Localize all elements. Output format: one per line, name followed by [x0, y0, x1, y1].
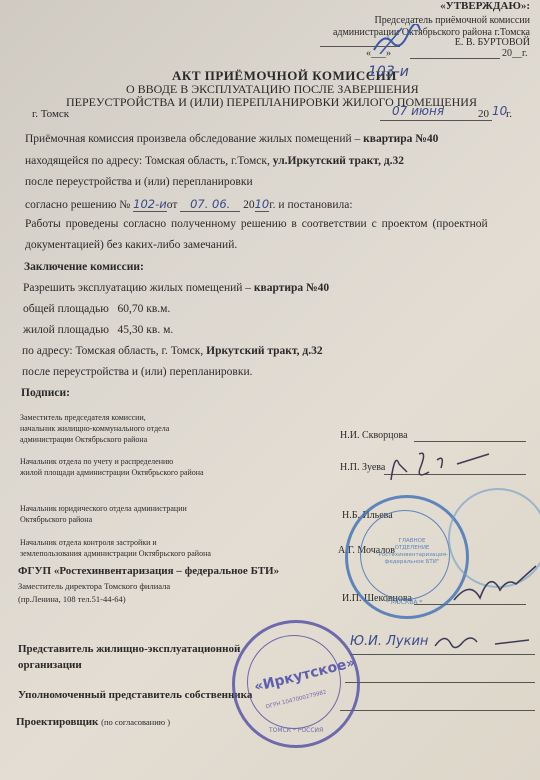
rep-housing-label: Представитель жилищно-эксплуатационнойор… — [18, 641, 240, 673]
designer-line — [340, 710, 535, 711]
signer-3-role: Начальник юридического отдела администра… — [20, 503, 187, 525]
conclusion-address: по адресу: Томская область, г. Томск, Ир… — [22, 345, 323, 357]
act-number-handwritten: 103-и — [368, 64, 409, 80]
approval-date-day: «___» — [366, 48, 391, 59]
total-area: общей площадью 60,70 кв.м. — [23, 303, 170, 315]
conclusion-after: после переустройства и (или) перепланиро… — [22, 366, 252, 378]
signer-2-name: Н.П. Зуева — [340, 462, 385, 473]
rep-housing-line — [350, 654, 535, 655]
signer-1-name: Н.И. Скворцова — [340, 430, 408, 441]
bti-stamp-bottom: * МОСКВА * — [386, 599, 422, 606]
decision-date: 07. 06. — [180, 197, 240, 212]
act-date-handwritten: 07 июня — [392, 104, 444, 118]
approval-date-line — [410, 58, 500, 59]
intro-line6: документацией) без каких-либо замечаний. — [25, 239, 237, 251]
approval-title: «УТВЕРЖДАЮ»: — [440, 0, 530, 13]
signer-1-line — [414, 441, 526, 442]
conclusion-heading: Заключение комиссии: — [24, 261, 144, 273]
city: г. Томск — [32, 108, 69, 120]
signer-5-role: Заместитель директора Томского филиала(п… — [18, 580, 170, 606]
intro-line5: Работы проведены согласно полученному ре… — [25, 218, 488, 230]
rep-housing-signature: Ю.И. Лукин — [350, 634, 428, 649]
decision-number: 102-и — [133, 197, 167, 212]
act-year-suffix: г. — [506, 108, 512, 120]
living-area: жилой площадью 45,30 кв. м. — [23, 324, 173, 336]
intro-line2: находящейся по адресу: Томская область, … — [25, 155, 404, 167]
bti-stamp-center: ГЛАВНОЕОТДЕЛЕНИЕ"Ростехинвентаризация-фе… — [376, 538, 448, 566]
signer-5-signature-icon — [450, 560, 540, 610]
signer-4-role: Начальник отдела контроля застройки изем… — [20, 537, 211, 559]
signer-2-signature-icon — [385, 446, 495, 486]
act-year-prefix: 20 — [478, 108, 489, 120]
rep-owner-label: Уполномоченный представитель собственник… — [18, 689, 252, 701]
designer-label: Проектировщик (по согласованию ) — [16, 716, 170, 728]
rep-owner-line — [345, 682, 535, 683]
approval-year: 20__г. — [502, 48, 527, 59]
signatures-heading: Подписи: — [21, 387, 70, 399]
intro-line3: после переустройства и (или) перепланиро… — [25, 176, 253, 188]
signer-2-role: Начальник отдела по учету и распределени… — [20, 456, 204, 478]
tsj-stamp-bottom: ТОМСК * РОССИЯ — [269, 727, 323, 734]
signer-5-org: ФГУП «Ростехинвентаризация – федеральное… — [18, 565, 279, 577]
signer-1-role: Заместитель председателя комиссии,началь… — [20, 412, 169, 445]
intro-line1: Приёмочная комиссия произвела обследован… — [25, 133, 438, 145]
intro-line4: согласно решению № 102-иот 07. 06. 2010г… — [25, 197, 353, 212]
date-line — [380, 120, 492, 121]
act-year-handwritten: 10 — [492, 104, 507, 118]
decision-year: 10 — [255, 197, 270, 212]
tsj-stamp: «Иркутское» ОГРН 1047000279982 ТОМСК * Р… — [232, 620, 360, 748]
conclusion-line1: Разрешить эксплуатацию жилых помещений –… — [23, 282, 329, 294]
